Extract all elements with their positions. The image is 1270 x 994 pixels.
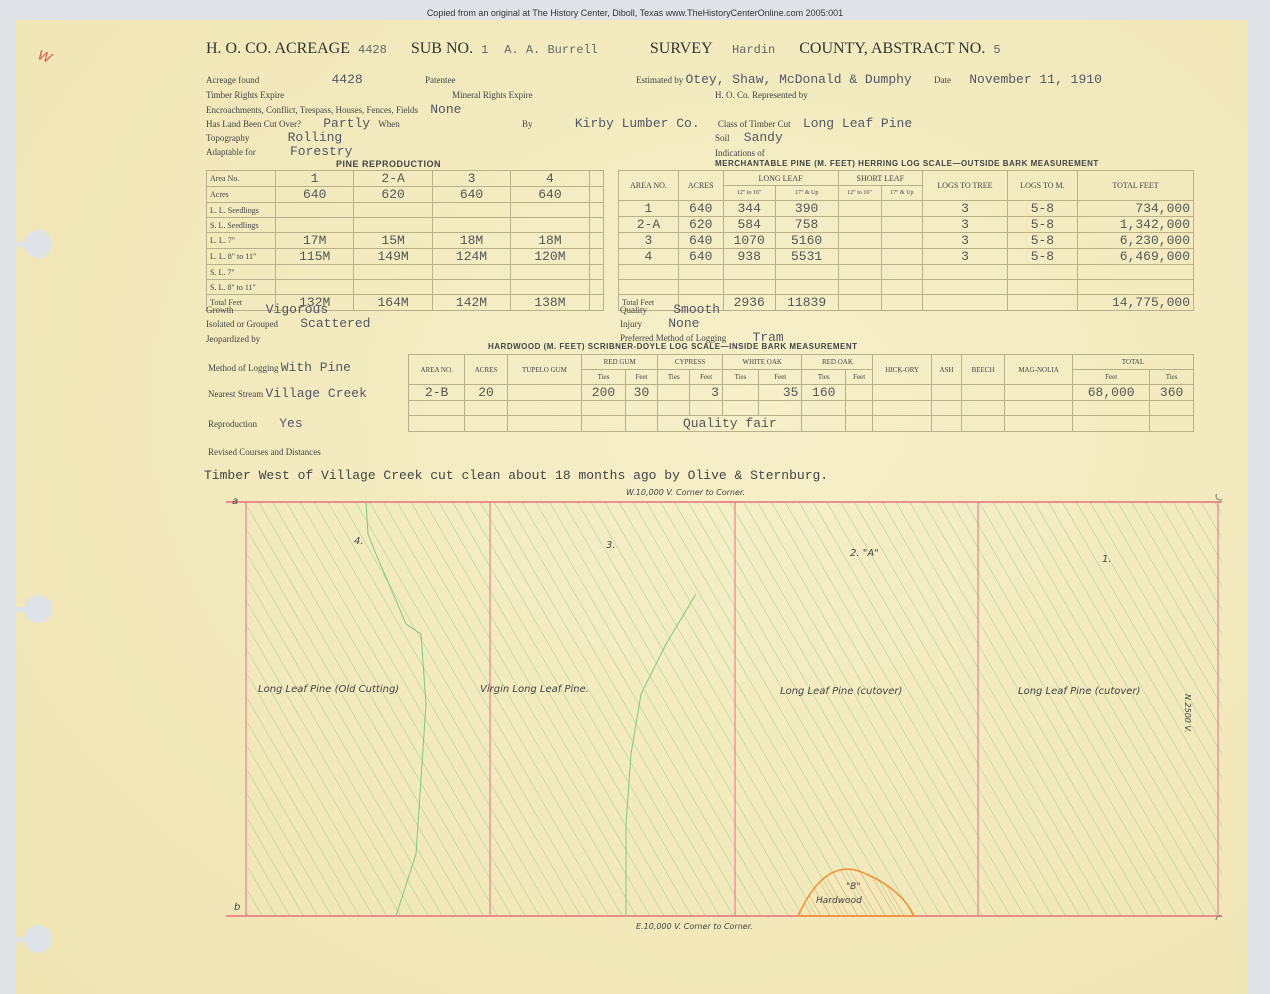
hw-white-oak-feet: 35 [759,385,802,401]
binder-slot [16,937,30,942]
hw-sub-ties: Ties [722,370,758,385]
topography-value: Rolling [288,130,343,145]
cell-acres: 620 [678,217,723,233]
cell-value: 640 [276,187,354,203]
isolated-line: Isolated or Grouped Scattered [206,316,370,331]
encroachments-line: Encroachments, Conflict, Trespass, House… [206,102,461,117]
cell-acres: 640 [678,249,723,265]
cell-value: 2-A [354,171,432,187]
right-boundary-label: N.2500 V. [1183,694,1192,733]
cell-ll-12: 344 [723,201,775,217]
timber-rights-line: Timber Rights ExpireMineral Rights Expir… [206,90,533,100]
sub-no: 1 [481,43,488,57]
cell-value: 149M [354,249,432,265]
growth-line: Growth Vigorous [206,302,328,317]
cell-sl-17 [881,249,923,265]
hw-sub-ties: Ties [1150,370,1194,385]
cell-value [432,218,510,233]
merchantable-row: 36401070516035-86,230,000 [619,233,1194,249]
cell-logs-tree: 3 [923,201,1008,217]
pine-reproduction-row: L. L. Seedlings [207,203,604,218]
cell-sl-12 [838,249,881,265]
cell-value [354,203,432,218]
hw-sub-feet: Feet [625,370,657,385]
cell-total: 734,000 [1077,201,1193,217]
area-4-desc: Long Leaf Pine (Old Cutting) [258,684,399,695]
cell-value: 640 [432,187,510,203]
cell-logs-m: 5-8 [1007,233,1077,249]
pine-reproduction-row: Acres640620640640 [207,187,604,203]
hardwood-area-desc: Hardwood [816,896,862,906]
cell-ll-17: 390 [775,201,838,217]
binder-slot [16,607,30,612]
copy-notice: Copied from an original at The History C… [0,8,1270,18]
soil-line: Soil Sandy [715,130,783,145]
row-label: S. L. 7" [207,265,276,280]
hw-col-tupelo: TUPELO GUM [507,355,581,385]
hw-red-oak-feet [846,385,873,401]
cell-value: 18M [432,233,510,249]
hw-col-area: AREA NO. [409,355,465,385]
cell-sl-12 [838,233,881,249]
cell-value: 3 [432,171,510,187]
hardwood-row: 2-B 20 200 30 3 35 160 68,000 360 [409,385,1194,401]
cell-value: 142M [432,295,510,311]
cell-value [589,218,603,233]
hw-acres: 20 [465,385,507,401]
cell-value [589,203,603,218]
cell-value [589,265,603,280]
col-total: TOTAL FEET [1077,171,1193,201]
hw-cypress-feet: 3 [690,385,723,401]
hw-red-gum-feet: 30 [625,385,657,401]
cell-value [354,280,432,295]
cell-value: 164M [354,295,432,311]
cell-value: 124M [432,249,510,265]
area-2a-desc: Long Leaf Pine (cutover) [780,686,902,697]
cell-area: 2-A [619,217,679,233]
binder-slot [16,242,30,247]
encroachments-value: None [430,102,461,117]
hw-col-total: TOTAL [1073,355,1194,370]
top-boundary-label: W.10,000 V. Corner to Corner. [626,488,745,497]
hw-col-beech: BEECH [962,355,1005,385]
total-cell: 2936 [723,295,775,311]
cell-value [589,295,603,311]
nearest-stream-value: Village Creek [265,386,366,401]
row-label: L. L. 7" [207,233,276,249]
timber-note: Timber West of Village Creek cut clean a… [204,468,828,483]
nearest-stream-line: Nearest Stream Village Creek [208,386,367,401]
cell-value [354,265,432,280]
cell-value [589,233,603,249]
hw-col-ash: ASH [931,355,961,385]
cell-area: 4 [619,249,679,265]
cell-value: 120M [511,249,589,265]
cell-value: 1 [276,171,354,187]
acreage-found-line: Acreage found 4428 Patentee [206,72,455,87]
cell-value [589,280,603,295]
merchantable-title: MERCHANTABLE PINE (M. FEET) HERRING LOG … [715,159,1099,168]
col-ll-17-up: 17" & Up [775,186,838,201]
date-value: November 11, 1910 [969,72,1102,87]
survey-label: SURVEY [650,40,712,57]
area-4-number: 4. [354,536,364,547]
survey-name: A. A. Burrell [504,43,598,57]
cell-value [589,171,603,187]
isolated-value: Scattered [300,316,370,331]
jeopardized-line: Jeopardized by [206,334,260,344]
county-value: Hardin [732,43,775,57]
cell-value [354,218,432,233]
hw-sub-ties: Ties [658,370,690,385]
col-sl-17-up: 17" & Up [881,186,923,201]
pine-reproduction-row: S. L. Seedlings [207,218,604,233]
hw-tupelo [507,385,581,401]
cell-value: 115M [276,249,354,265]
cell-value: 18M [511,233,589,249]
cell-ll-12: 584 [723,217,775,233]
cell-value [589,187,603,203]
hw-sub-feet: Feet [759,370,802,385]
pine-reproduction-title: PINE REPRODUCTION [336,159,441,169]
hw-red-gum-ties: 200 [582,385,626,401]
abstract-no: 5 [993,43,1000,57]
total-cell: 11839 [775,295,838,311]
col-area: AREA NO. [619,171,679,201]
merchantable-row: 2-A62058475835-81,342,000 [619,217,1194,233]
cell-value: 138M [511,295,589,311]
method-logging-line: Method of Logging With Pine [208,360,351,375]
col-long-leaf: LONG LEAF [723,171,838,186]
pine-reproduction-row: L. L. 7"17M15M18M18M [207,233,604,249]
hw-sub-feet: Feet [846,370,873,385]
hw-sub-feet: Feet [1073,370,1150,385]
cell-ll-17: 758 [775,217,838,233]
col-ll-12-16: 12" to 16" [723,186,775,201]
row-label: S. L. 8" to 11" [207,280,276,295]
cell-value [276,280,354,295]
acreage-value: 4428 [358,43,387,57]
cut-over-line: Has Land Been Cut Over? Partly When By K… [206,116,912,131]
cell-value [511,265,589,280]
hw-cypress-ties [658,385,690,401]
col-logs-m: LOGS TO M. [1007,171,1077,201]
pine-reproduction-row: S. L. 8" to 11" [207,280,604,295]
row-label: S. L. Seedlings [207,218,276,233]
cell-value [432,203,510,218]
hw-col-cypress: CYPRESS [658,355,723,370]
cell-value [276,218,354,233]
sub-label: SUB NO. [411,40,473,57]
total-cell: 14,775,000 [1077,295,1193,311]
area-3-desc: Virgin Long Leaf Pine. [480,684,589,695]
cell-logs-m: 5-8 [1007,217,1077,233]
method-logging-value: With Pine [281,360,351,375]
adaptable-value: Forestry [290,144,352,159]
row-label: Area No. [207,171,276,187]
cell-value [432,265,510,280]
cell-value [511,218,589,233]
hw-col-red-gum: RED GUM [582,355,658,370]
reproduction-line: Reproduction Yes [208,416,303,431]
hw-sub-feet: Feet [690,370,723,385]
hw-total-ties: 360 [1150,385,1194,401]
cell-sl-12 [838,201,881,217]
merchantable-empty-row [619,280,1194,295]
quality-line: Quality Smooth [620,302,720,317]
cell-ll-17: 5531 [775,249,838,265]
cell-acres: 640 [678,201,723,217]
quality-value: Smooth [673,302,720,317]
pine-reproduction-row: Area No.12-A34 [207,171,604,187]
indications-line: Indications of [715,148,765,158]
corner-b-label: b [234,902,240,913]
hw-col-red-oak: RED OAK [802,355,873,370]
area-3-number: 3. [606,540,616,551]
col-acres: ACRES [678,171,723,201]
col-short-leaf: SHORT LEAF [838,171,923,186]
cell-logs-tree: 3 [923,249,1008,265]
cell-acres: 640 [678,233,723,249]
hw-col-acres: ACRES [465,355,507,385]
bottom-boundary-label: E.10,000 V. Corner to Corner. [636,922,753,931]
hw-quality-note: Quality fair [658,416,802,432]
cell-value [511,203,589,218]
cell-value: 4 [511,171,589,187]
cell-value: 640 [511,187,589,203]
cut-over-value: Partly [323,116,370,131]
acreage-found-value: 4428 [331,72,362,87]
hw-area: 2-B [409,385,465,401]
cell-total: 1,342,000 [1077,217,1193,233]
area-1-number: 1. [1102,554,1112,565]
corner-a-label: a [232,496,238,507]
injury-value: None [668,316,699,331]
cell-logs-m: 5-8 [1007,201,1077,217]
red-pencil-mark: W [36,46,54,66]
injury-line: Injury None [620,316,699,331]
hardwood-title: HARDWOOD (M. FEET) SCRIBNER-DOYLE LOG SC… [488,342,858,351]
row-label: L. L. 8" to 11" [207,249,276,265]
hw-sub-ties: Ties [582,370,626,385]
hw-red-oak-ties: 160 [802,385,846,401]
pine-reproduction-row: L. L. 8" to 11"115M149M124M120M [207,249,604,265]
cell-value: 17M [276,233,354,249]
hw-white-oak-ties [722,385,758,401]
cell-value: 620 [354,187,432,203]
county-label: COUNTY, ABSTRACT NO. [799,40,985,57]
cell-logs-m: 5-8 [1007,249,1077,265]
cell-value [276,265,354,280]
merchantable-row: 164034439035-8734,000 [619,201,1194,217]
col-sl-12-16: 12" to 16" [838,186,881,201]
timber-class-value: Long Leaf Pine [803,116,912,131]
revised-courses-label: Revised Courses and Distances [208,447,321,457]
cell-total: 6,230,000 [1077,233,1193,249]
cell-total: 6,469,000 [1077,249,1193,265]
topography-line: Topography Rolling [206,130,342,145]
hardwood-area-label: "B" [846,882,860,892]
acreage-label: H. O. CO. ACREAGE [206,40,350,57]
cell-area: 1 [619,201,679,217]
cell-sl-17 [881,233,923,249]
hw-col-white-oak: WHITE OAK [722,355,802,370]
survey-plat-map: W.10,000 V. Corner to Corner. E.10,000 V… [226,494,1222,920]
cell-ll-12: 1070 [723,233,775,249]
cell-value [589,249,603,265]
cell-logs-tree: 3 [923,217,1008,233]
pine-reproduction-table: Area No.12-A34Acres640620640640L. L. See… [206,170,604,311]
cell-sl-17 [881,217,923,233]
pine-reproduction-row: S. L. 7" [207,265,604,280]
cell-value [432,280,510,295]
cell-sl-12 [838,217,881,233]
estimated-by-value: Otey, Shaw, McDonald & Dumphy [686,72,912,87]
hardwood-table: AREA NO. ACRES TUPELO GUM RED GUM CYPRES… [408,354,1194,432]
cell-logs-tree: 3 [923,233,1008,249]
represented-line: H. O. Co. Represented by [715,90,808,100]
estimated-by-line: Estimated by Otey, Shaw, McDonald & Dump… [636,72,1102,87]
reproduction-value: Yes [279,416,302,431]
cell-ll-12: 938 [723,249,775,265]
growth-value: Vigorous [266,302,328,317]
hw-col-hickory: HICK-ORY [873,355,932,385]
soil-value: Sandy [744,130,783,145]
merchantable-empty-row [619,265,1194,280]
merchantable-pine-table: AREA NO. ACRES LONG LEAF SHORT LEAF LOGS… [618,170,1194,311]
cell-value [511,280,589,295]
hw-col-magnolia: MAG-NOLIA [1005,355,1073,385]
cell-value [276,203,354,218]
adaptable-line: Adaptable for Forestry [206,144,352,159]
cell-area: 3 [619,233,679,249]
card-header: H. O. CO. ACREAGE4428 SUB NO.1A. A. Burr… [206,40,1009,58]
hw-total-feet: 68,000 [1073,385,1150,401]
row-label: Acres [207,187,276,203]
cut-by-value: Kirby Lumber Co. [575,116,700,131]
cell-value: 15M [354,233,432,249]
col-logs-tree: LOGS TO TREE [923,171,1008,201]
area-1-desc: Long Leaf Pine (cutover) [1018,686,1140,697]
cell-ll-17: 5160 [775,233,838,249]
merchantable-row: 4640938553135-86,469,000 [619,249,1194,265]
hw-sub-ties: Ties [802,370,846,385]
row-label: L. L. Seedlings [207,203,276,218]
area-2a-number: 2. "A" [850,548,880,559]
cell-sl-17 [881,201,923,217]
